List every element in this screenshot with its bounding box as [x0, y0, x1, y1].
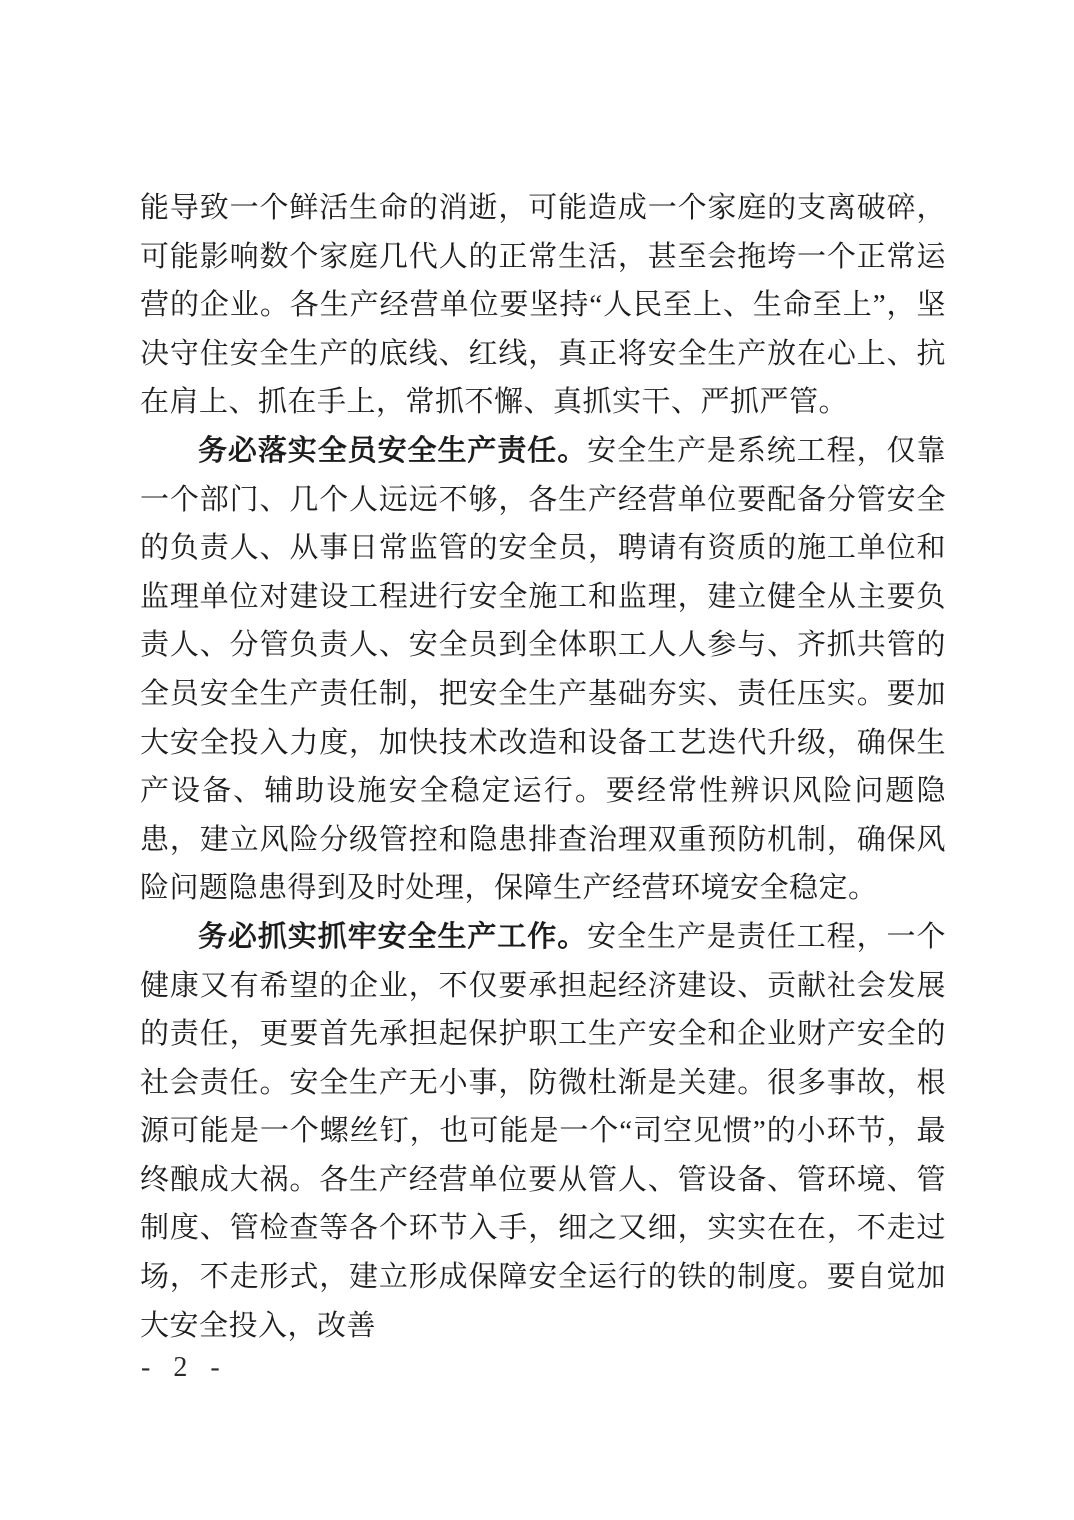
document-body: 能导致一个鲜活生命的消逝，可能造成一个家庭的支离破碎，可能影响数个家庭几代人的正… — [140, 184, 946, 1350]
paragraph-text: 能导致一个鲜活生命的消逝，可能造成一个家庭的支离破碎，可能影响数个家庭几代人的正… — [140, 192, 946, 418]
paragraph-continuation: 能导致一个鲜活生命的消逝，可能造成一个家庭的支离破碎，可能影响数个家庭几代人的正… — [140, 184, 946, 427]
paragraph-text: 安全生产是系统工程，仅靠一个部门、几个人远远不够，各生产经营单位要配备分管安全的… — [140, 435, 946, 904]
paragraph-lead-emphasis: 务必抓实抓牢安全生产工作。 — [198, 921, 587, 953]
paragraph-safety-responsibility: 务必落实全员安全生产责任。安全生产是系统工程，仅靠一个部门、几个人远远不够，各生… — [140, 427, 946, 913]
page-footer: - 2 - — [141, 1352, 228, 1384]
page-number: - 2 - — [141, 1352, 228, 1383]
paragraph-lead-emphasis: 务必落实全员安全生产责任。 — [198, 435, 587, 467]
document-page: 能导致一个鲜活生命的消逝，可能造成一个家庭的支离破碎，可能影响数个家庭几代人的正… — [0, 0, 1074, 1520]
paragraph-safety-work: 务必抓实抓牢安全生产工作。安全生产是责任工程，一个健康又有希望的企业，不仅要承担… — [140, 913, 946, 1350]
paragraph-text: 安全生产是责任工程，一个健康又有希望的企业，不仅要承担起经济建设、贡献社会发展的… — [140, 921, 946, 1342]
